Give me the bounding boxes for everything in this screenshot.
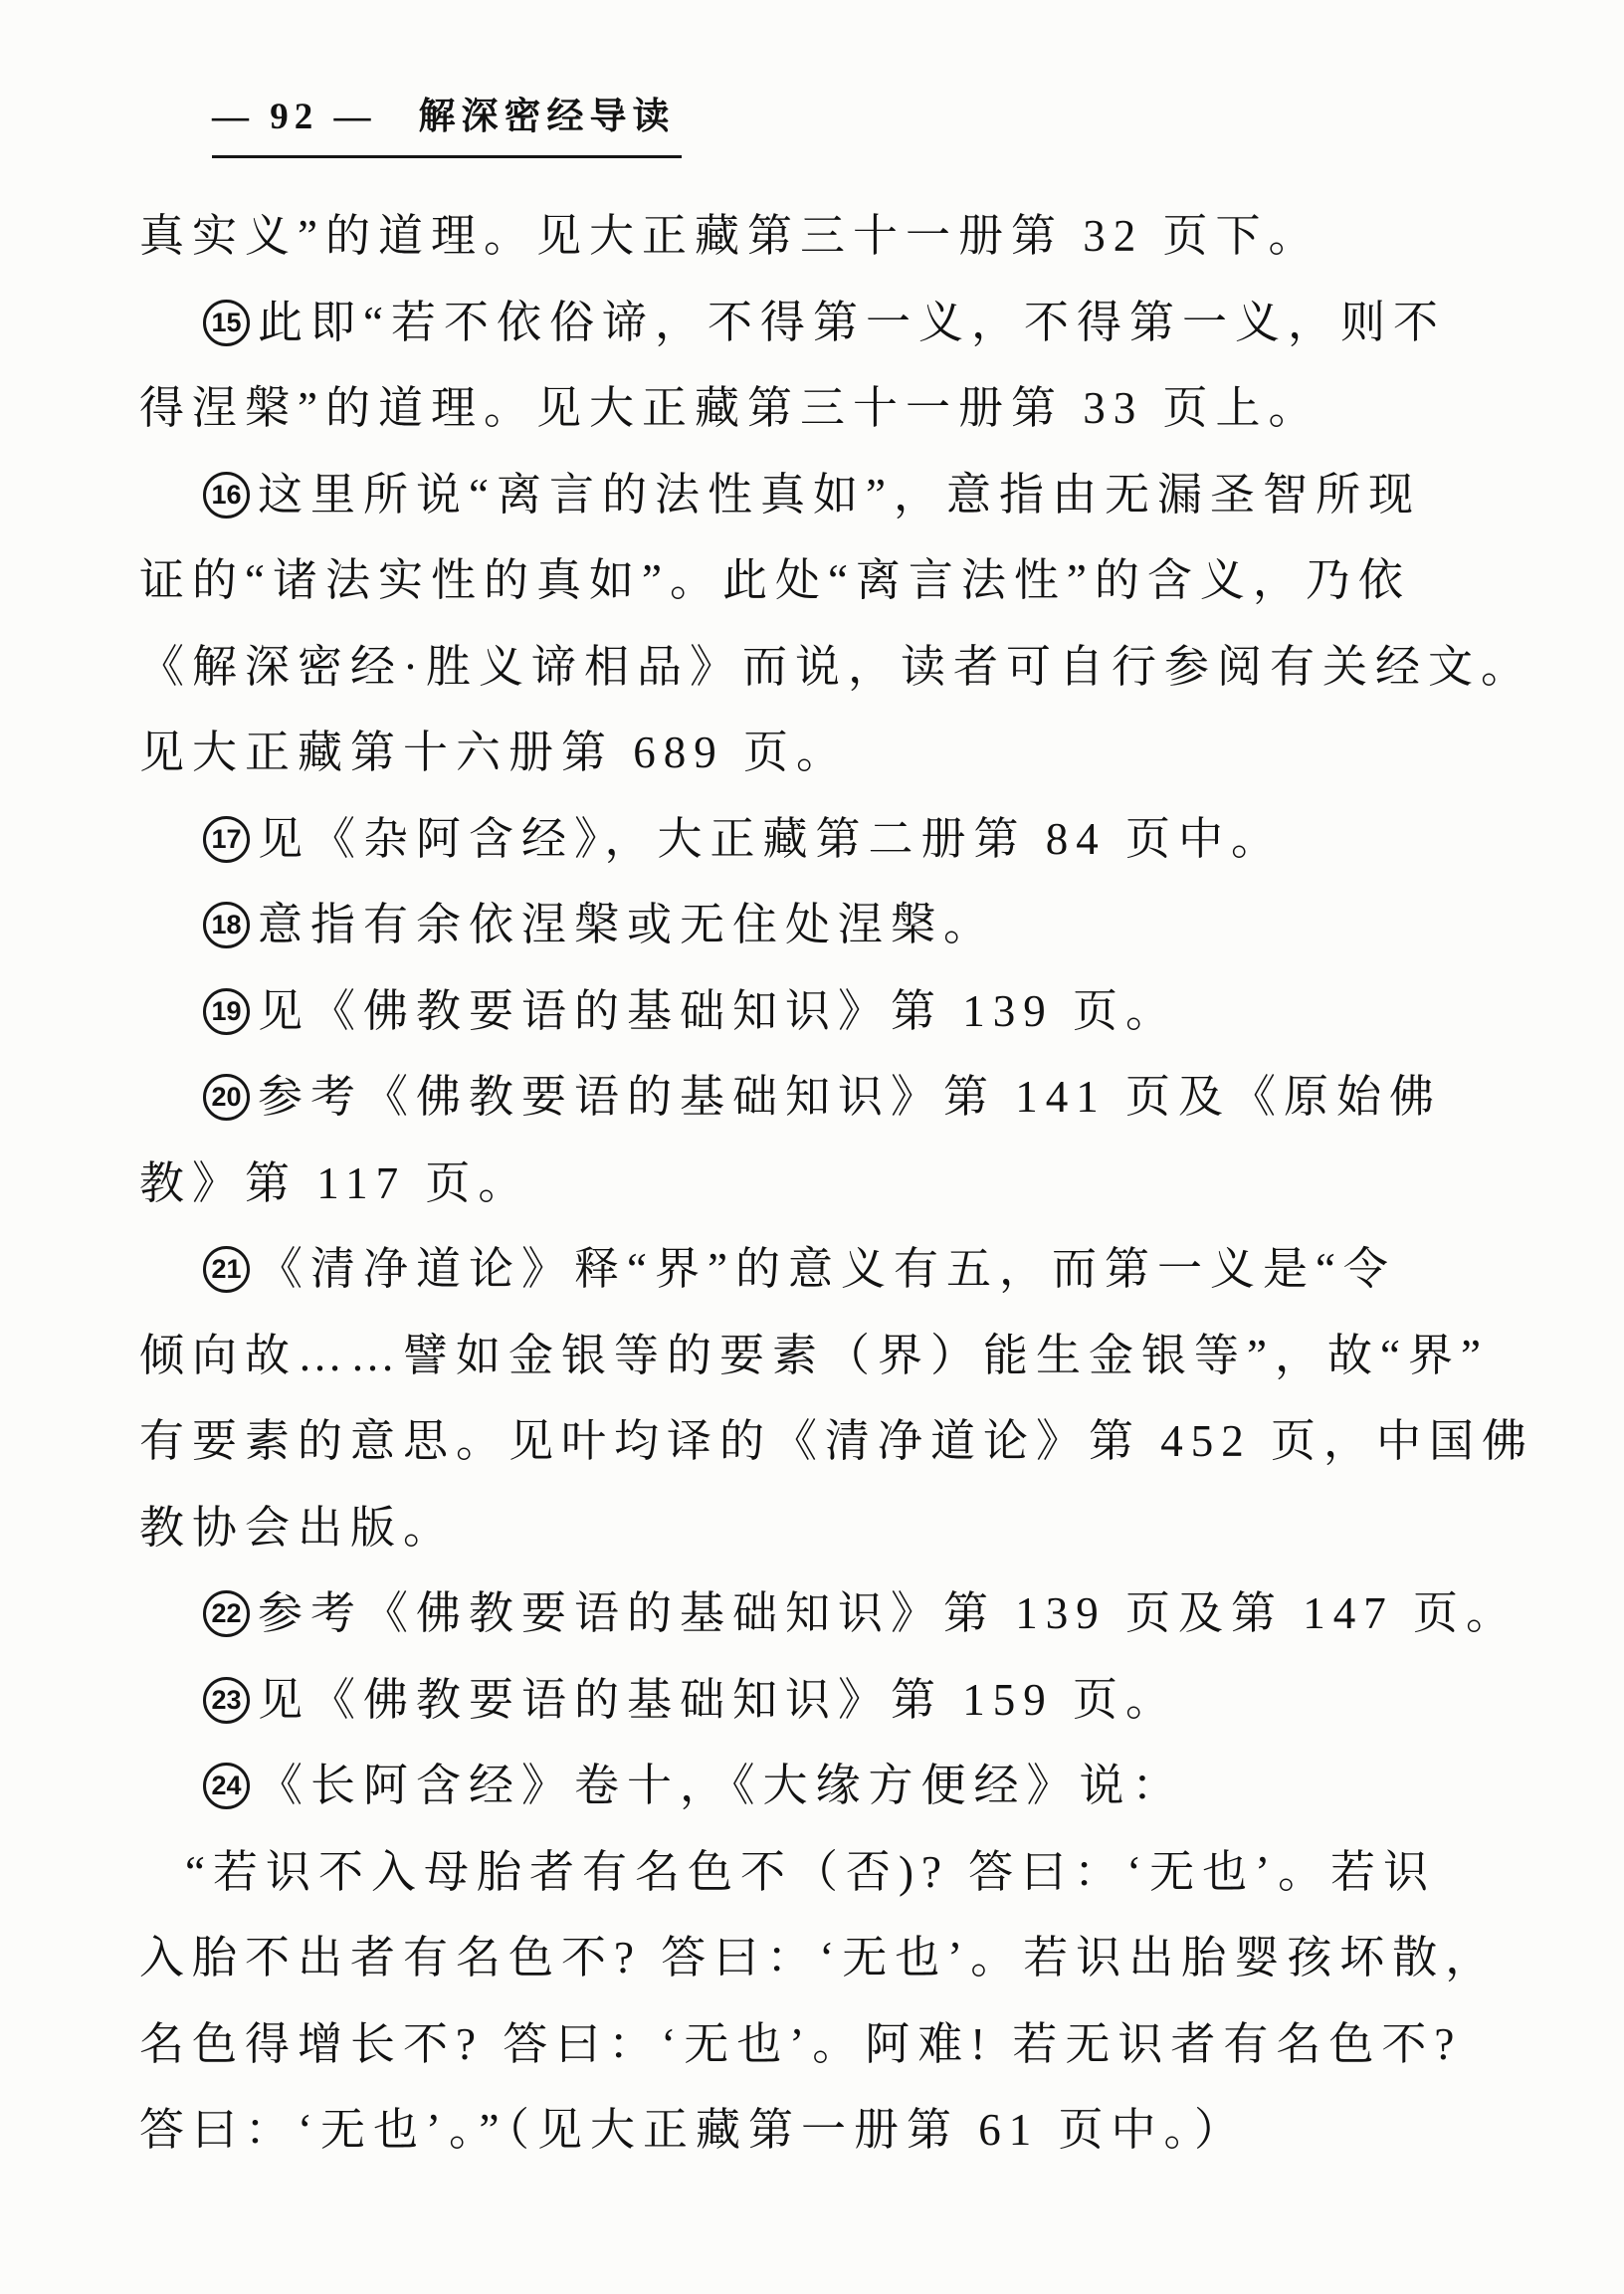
circled-footnote-number: 22 [203, 1590, 250, 1637]
text-line: 名色得增长不? 答曰：‘无也’。阿难! 若无识者有名色不? [139, 2001, 1501, 2088]
text-line-content: 见《杂阿含经》，大正藏第二册第 84 页中。 [258, 814, 1284, 864]
footnotes-text-block: 真实义”的道理。见大正藏第三十一册第 32 页下。 15此即“若不依俗谛，不得第… [139, 193, 1501, 2174]
text-line-content: 见《佛教要语的基础知识》第 159 页。 [258, 1675, 1178, 1725]
text-line-content: 《解深密经·胜义谛相品》而说，读者可自行参阅有关经文。 [139, 642, 1533, 692]
text-line: 16这里所说“离言的法性真如”，意指由无漏圣智所现 [139, 452, 1501, 538]
text-line-content: 此即“若不依俗谛，不得第一义，不得第一义，则不 [258, 298, 1446, 347]
text-line-content: 见大正藏第十六册第 689 页。 [139, 728, 849, 777]
text-line: 教协会出版。 [139, 1485, 1501, 1571]
text-line: 入胎不出者有名色不? 答曰：‘无也’。若识出胎婴孩坏散， [139, 1915, 1501, 2001]
text-line: 证的“诸法实性的真如”。此处“离言法性”的含义，乃依 [139, 537, 1501, 624]
text-line: 23见《佛教要语的基础知识》第 159 页。 [139, 1657, 1501, 1744]
text-line-content: 证的“诸法实性的真如”。此处“离言法性”的含义，乃依 [139, 555, 1411, 605]
text-line-content: 有要素的意思。见叶均译的《清净道论》第 452 页，中国佛 [139, 1416, 1534, 1466]
text-line-content: 参考《佛教要语的基础知识》第 141 页及《原始佛 [258, 1072, 1442, 1122]
circled-footnote-number: 24 [203, 1763, 250, 1809]
scanned-book-page: — 92 — 解深密经导读 真实义”的道理。见大正藏第三十一册第 32 页下。 … [0, 0, 1624, 2294]
text-line: 真实义”的道理。见大正藏第三十一册第 32 页下。 [139, 193, 1501, 280]
text-line-content: 答曰：‘无也’。”（见大正藏第一册第 61 页中。） [139, 2105, 1247, 2155]
text-line: 见大正藏第十六册第 689 页。 [139, 710, 1501, 796]
text-line-content: 《长阿含经》卷十，《大缘方便经》说： [258, 1761, 1185, 1810]
text-line-content: “若识不入母胎者有名色不（否)? 答曰：‘无也’。若识 [185, 1847, 1436, 1897]
text-line-content: 入胎不出者有名色不? 答曰：‘无也’。若识出胎婴孩坏散， [139, 1933, 1498, 1982]
circled-footnote-number: 23 [203, 1677, 250, 1724]
circled-footnote-number: 17 [203, 816, 250, 863]
circled-footnote-number: 20 [203, 1074, 250, 1121]
text-line: 18意指有余依涅槃或无住处涅槃。 [139, 882, 1501, 968]
running-head: — 92 — 解深密经导读 [212, 86, 682, 158]
page-number: — 92 — [212, 96, 377, 138]
text-line: 17见《杂阿含经》，大正藏第二册第 84 页中。 [139, 796, 1501, 883]
circled-footnote-number: 21 [203, 1246, 250, 1293]
text-line-content: 意指有余依涅槃或无住处涅槃。 [258, 900, 996, 949]
text-line: 20参考《佛教要语的基础知识》第 141 页及《原始佛 [139, 1054, 1501, 1141]
text-line: 答曰：‘无也’。”（见大正藏第一册第 61 页中。） [139, 2087, 1501, 2174]
text-line-content: 名色得增长不? 答曰：‘无也’。阿难! 若无识者有名色不? [139, 2019, 1462, 2069]
text-line: 15此即“若不依俗谛，不得第一义，不得第一义，则不 [139, 280, 1501, 366]
circled-footnote-number: 16 [203, 472, 250, 519]
circled-footnote-number: 18 [203, 902, 250, 948]
text-line: 倾向故……譬如金银等的要素（界）能生金银等”，故“界” [139, 1313, 1501, 1399]
text-line-content: 《清净道论》释“界”的意义有五，而第一义是“令 [258, 1244, 1396, 1294]
text-line: 得涅槃”的道理。见大正藏第三十一册第 33 页上。 [139, 365, 1501, 452]
text-line: 21《清净道论》释“界”的意义有五，而第一义是“令 [139, 1226, 1501, 1313]
text-line-content: 真实义”的道理。见大正藏第三十一册第 32 页下。 [139, 211, 1320, 261]
circled-footnote-number: 19 [203, 988, 250, 1035]
text-line-content: 见《佛教要语的基础知识》第 139 页。 [258, 986, 1178, 1036]
text-line-content: 教协会出版。 [139, 1503, 456, 1553]
text-line-content: 得涅槃”的道理。见大正藏第三十一册第 33 页上。 [139, 383, 1320, 433]
text-line: 24《长阿含经》卷十，《大缘方便经》说： [139, 1743, 1501, 1829]
text-line-content: 参考《佛教要语的基础知识》第 139 页及第 147 页。 [258, 1588, 1519, 1638]
text-line: 有要素的意思。见叶均译的《清净道论》第 452 页，中国佛 [139, 1398, 1501, 1485]
text-line-content: 这里所说“离言的法性真如”，意指由无漏圣智所现 [258, 470, 1421, 520]
text-line: 22参考《佛教要语的基础知识》第 139 页及第 147 页。 [139, 1570, 1501, 1657]
text-line-content: 教》第 117 页。 [139, 1158, 530, 1208]
text-line-content: 倾向故……譬如金银等的要素（界）能生金银等”，故“界” [139, 1331, 1489, 1380]
book-title: 解深密经导读 [419, 86, 676, 139]
text-line: “若识不入母胎者有名色不（否)? 答曰：‘无也’。若识 [139, 1829, 1501, 1916]
text-line: 教》第 117 页。 [139, 1141, 1501, 1227]
text-line: 《解深密经·胜义谛相品》而说，读者可自行参阅有关经文。 [139, 624, 1501, 711]
circled-footnote-number: 15 [203, 300, 250, 346]
text-line: 19见《佛教要语的基础知识》第 139 页。 [139, 968, 1501, 1055]
